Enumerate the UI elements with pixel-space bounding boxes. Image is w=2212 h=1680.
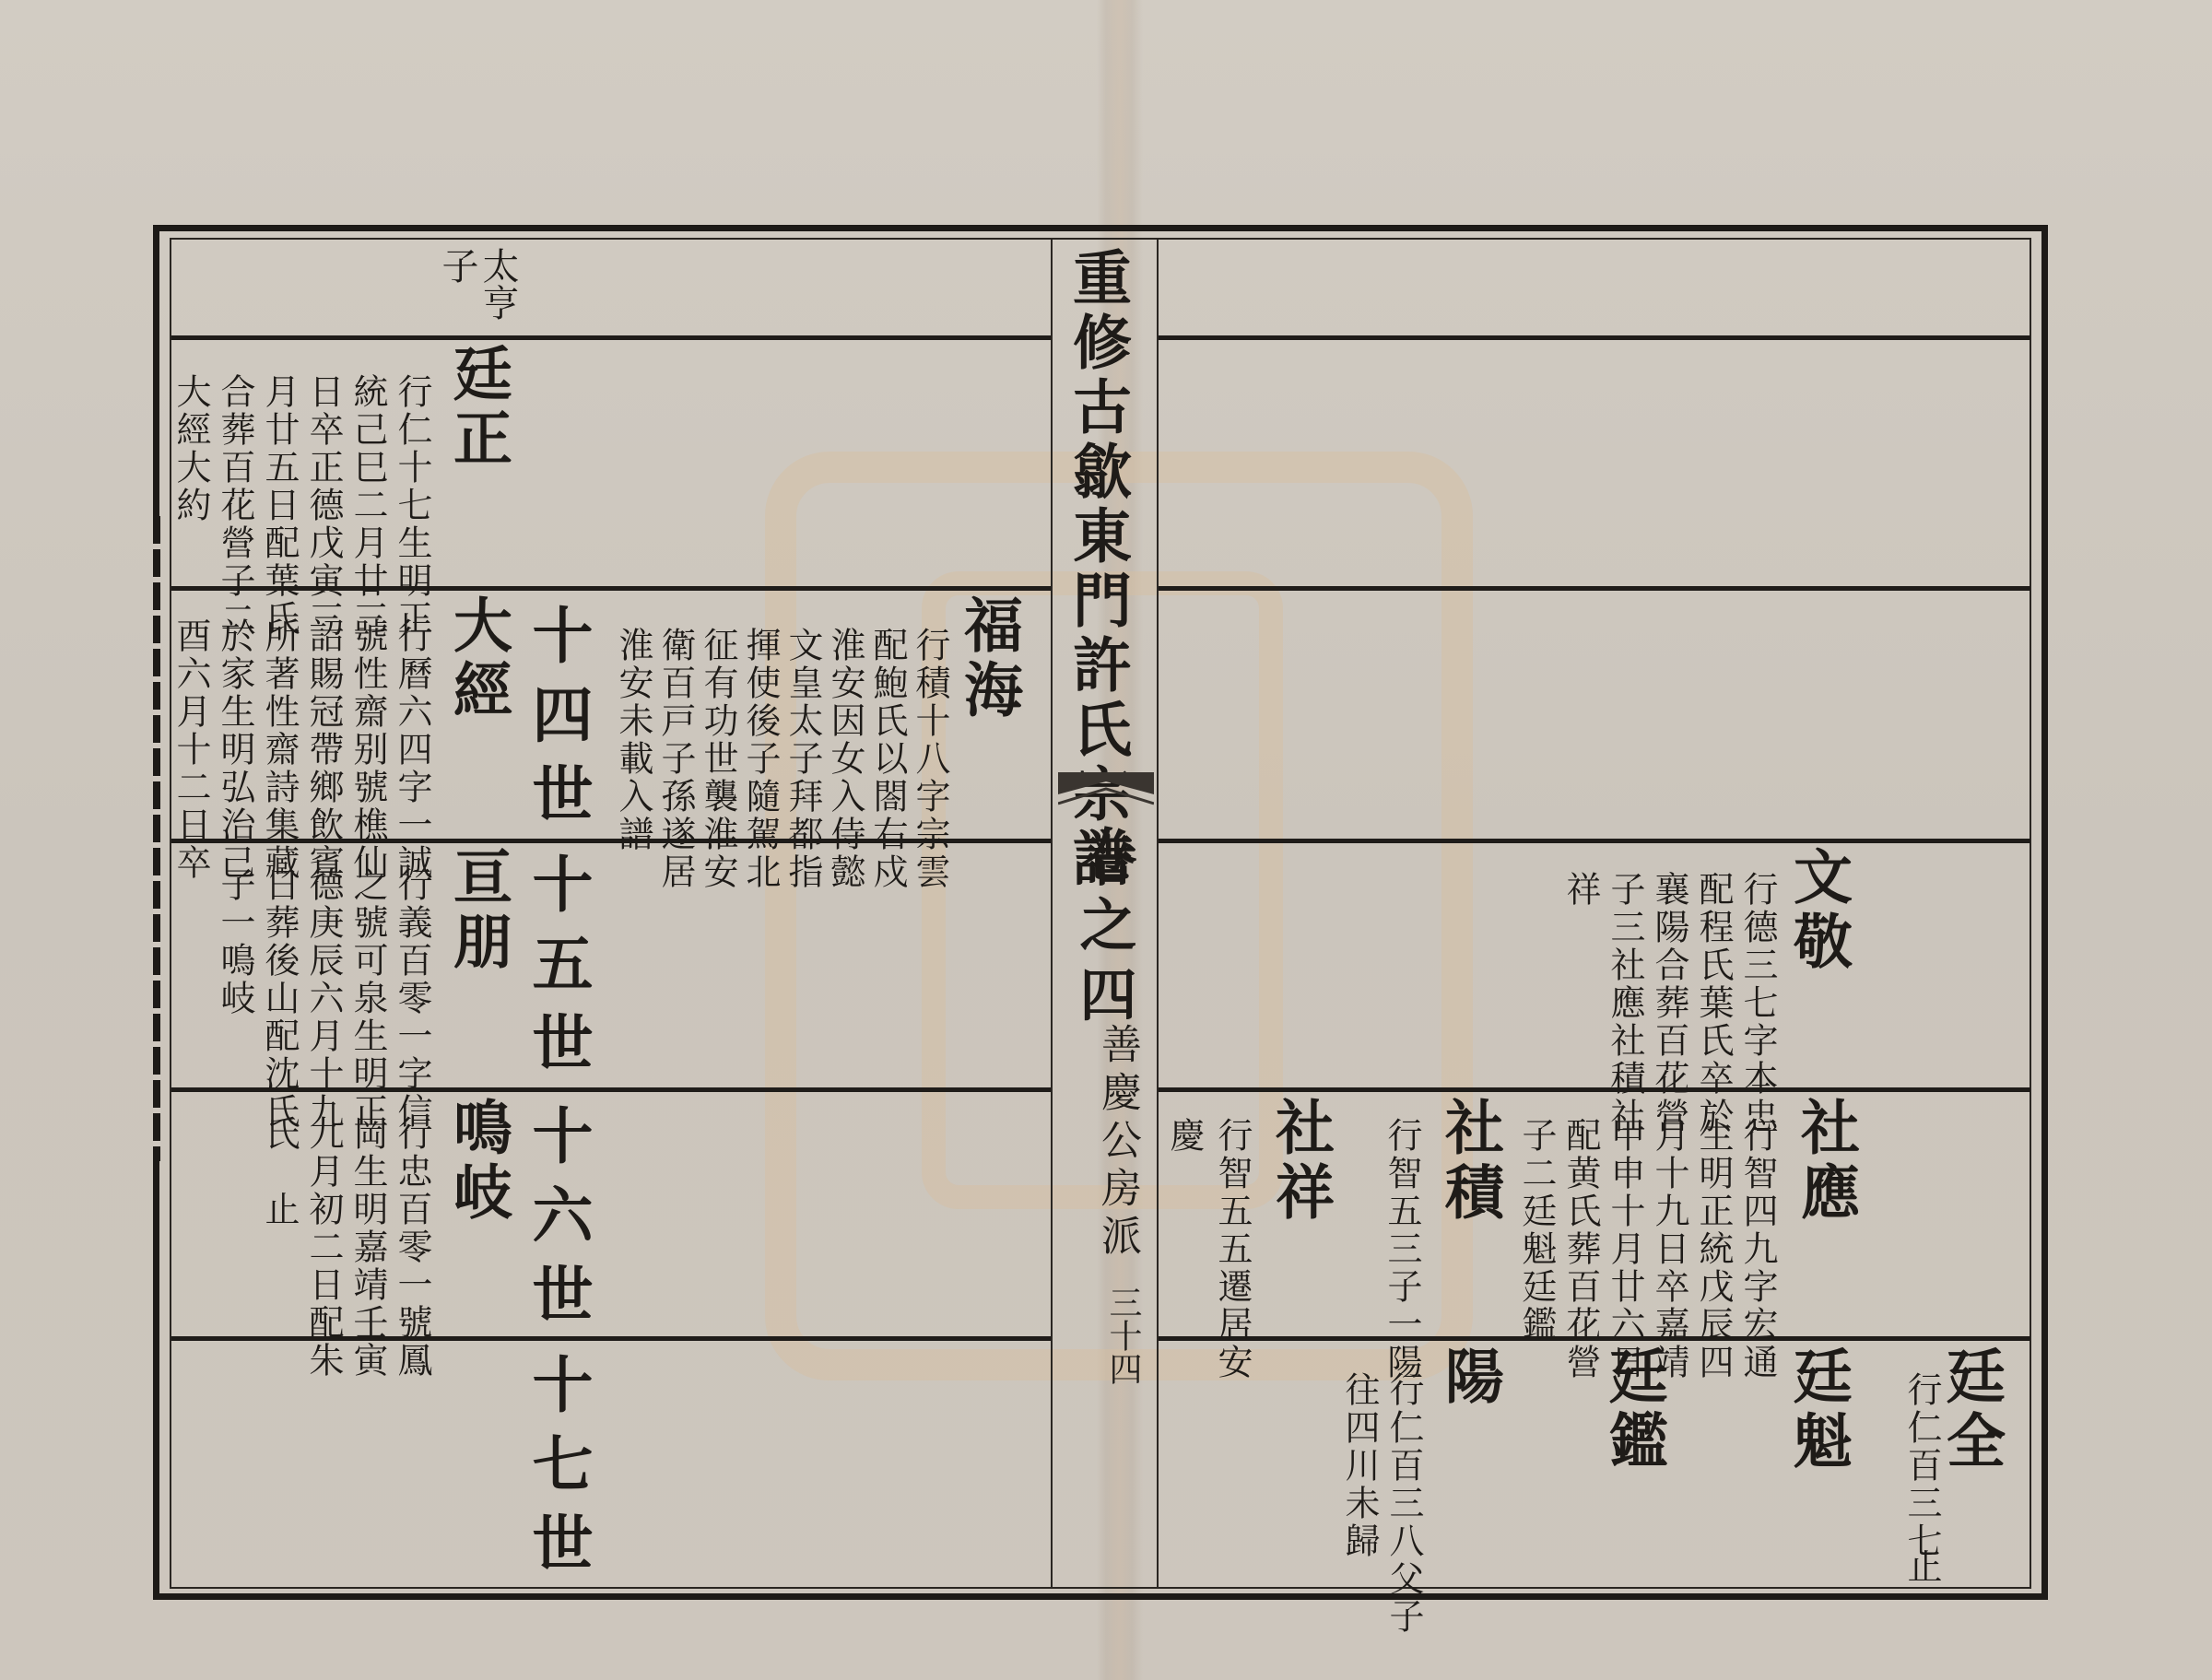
wenjing-line-5: 祥 (1563, 871, 1598, 909)
person-genpeng: 亘朋 (448, 846, 507, 975)
fishtail-ornament-icon (1058, 772, 1154, 809)
spine-right-rule (1157, 238, 1159, 1589)
tingzheng-line-5: 合葬百花營子二 (218, 373, 253, 638)
generation-14: 十四世 (527, 604, 588, 841)
sheji-line-1: 行智五三子一陽 (1384, 1117, 1419, 1381)
person-yang: 陽 (1440, 1345, 1499, 1410)
fuhai-line-8: 淮安未載入譜 (616, 627, 651, 853)
tingzheng-line-6: 大經大約 (173, 373, 208, 524)
wenjing-line-4: 子三社應社積社 (1607, 871, 1642, 1135)
left-edge-marks (153, 516, 160, 1161)
yang-line-2: 往四川未歸 (1342, 1371, 1377, 1560)
mingqi-line-1: 行忠百零一號鳳 (394, 1115, 429, 1380)
fuhai-line-6: 征有功世襲淮安 (700, 627, 735, 891)
sheying-line-2: 生明正統戊辰四 (1696, 1117, 1731, 1381)
tingzheng-line-2: 統己巳二月廿三 (350, 373, 385, 638)
mingqi-line-4: 氏 止 (262, 1115, 297, 1228)
row-rule-1-right (1159, 335, 2030, 340)
genpeng-line-2: 之號可泉生明正 (350, 866, 385, 1131)
generation-15: 十五世 (527, 852, 588, 1090)
sheying-line-5: 配黄氏葬百花營 (1563, 1117, 1598, 1381)
person-tingquan: 廷全 (1941, 1345, 2000, 1474)
shexiang-line-2: 慶 (1167, 1117, 1202, 1155)
tingzheng-line-4: 月廿五日配葉氏 (262, 373, 297, 638)
tingquan-line-2: 止 (1904, 1548, 1939, 1586)
genpeng-line-1: 行義百零一字信 (394, 866, 429, 1131)
person-taiheng-note: 子 (439, 247, 476, 284)
generation-17: 十七世 (527, 1353, 588, 1591)
fuhai-line-5: 揮使後子隨駕北 (743, 627, 778, 891)
person-tingjian: 廷鑑 (1604, 1345, 1663, 1474)
mingqi-line-2: 岡生明嘉靖壬寅 (350, 1115, 385, 1380)
person-sheji: 社積 (1440, 1097, 1499, 1226)
generation-16: 十六世 (527, 1104, 588, 1342)
shexiang-line-1: 行智五五遷居安 (1215, 1117, 1250, 1381)
person-mingqi: 鳴岐 (448, 1097, 507, 1226)
sheying-line-6: 子二廷魁廷鑑 (1519, 1117, 1554, 1344)
row-rule-4-right (1159, 1087, 2030, 1092)
dajing-line-1: 行曆六四字一誠 (394, 617, 429, 882)
tingzheng-line-1: 行仁十七生明正 (394, 373, 429, 638)
dajing-line-3: 詔賜冠帶鄉飲賓 (306, 617, 341, 882)
wenjing-line-3: 襄陽合葬百花營 (1652, 871, 1687, 1135)
person-shexiang: 社祥 (1270, 1097, 1329, 1226)
row-rule-3-right (1159, 839, 2030, 843)
branch-label: 善慶公房派 (1097, 1023, 1137, 1263)
person-taiheng: 太亨 (479, 247, 516, 321)
sheying-line-3: 月十九日卒嘉靖 (1652, 1117, 1687, 1381)
fuhai-line-4: 文皇太子拜都指 (785, 627, 820, 891)
yang-line-1: 行仁百三八父子 (1386, 1371, 1421, 1636)
spine-left-rule (1051, 238, 1053, 1589)
person-sheying: 社應 (1795, 1097, 1854, 1226)
fuhai-line-1: 行積十八字宗雲 (912, 627, 947, 891)
genpeng-line-4: 日葬後山配沈氏 (262, 866, 297, 1131)
volume-label: 卷之四 (1075, 825, 1132, 1035)
fuhai-line-3: 淮安因女入侍懿 (828, 627, 863, 891)
mingqi-line-3: 九月初二日配朱 (306, 1115, 341, 1380)
genpeng-line-3: 德庚辰六月十九 (306, 866, 341, 1131)
page-number: 三十四 (1106, 1286, 1139, 1385)
dajing-line-2: 號性齋别號樵仙 (350, 617, 385, 882)
tingquan-line-1: 行仁百三七 (1904, 1371, 1939, 1560)
row-rule-1-left (171, 335, 1051, 340)
sheying-line-1: 行智四九字宏通 (1740, 1117, 1775, 1381)
fuhai-line-7: 衛百戸子孫遂居 (658, 627, 693, 891)
person-dajing: 大經 (448, 594, 507, 723)
tingzheng-line-3: 日卒正德戊寅三 (306, 373, 341, 638)
wenjing-line-2: 配程氏葉氏卒於 (1696, 871, 1731, 1135)
row-rule-2-right (1159, 586, 2030, 591)
wenjing-line-1: 行德三七字本忠 (1740, 871, 1775, 1135)
dajing-line-5: 於家生明弘治己 (218, 617, 253, 882)
fuhai-line-2: 配鮑氏以閤右戍 (870, 627, 905, 891)
person-tingzheng: 廷正 (448, 343, 507, 472)
genpeng-line-5: 子一鳴岐 (218, 866, 253, 1017)
person-fuhai: 福海 (959, 594, 1018, 723)
dajing-line-6: 酉六月十二日卒 (173, 617, 208, 882)
person-tingkui: 廷魁 (1788, 1345, 1847, 1474)
person-wenjing: 文敬 (1788, 846, 1847, 975)
sheying-line-4: 甲申十月廿六日 (1607, 1117, 1642, 1381)
dajing-line-4: 所著性齋詩集藏 (262, 617, 297, 882)
